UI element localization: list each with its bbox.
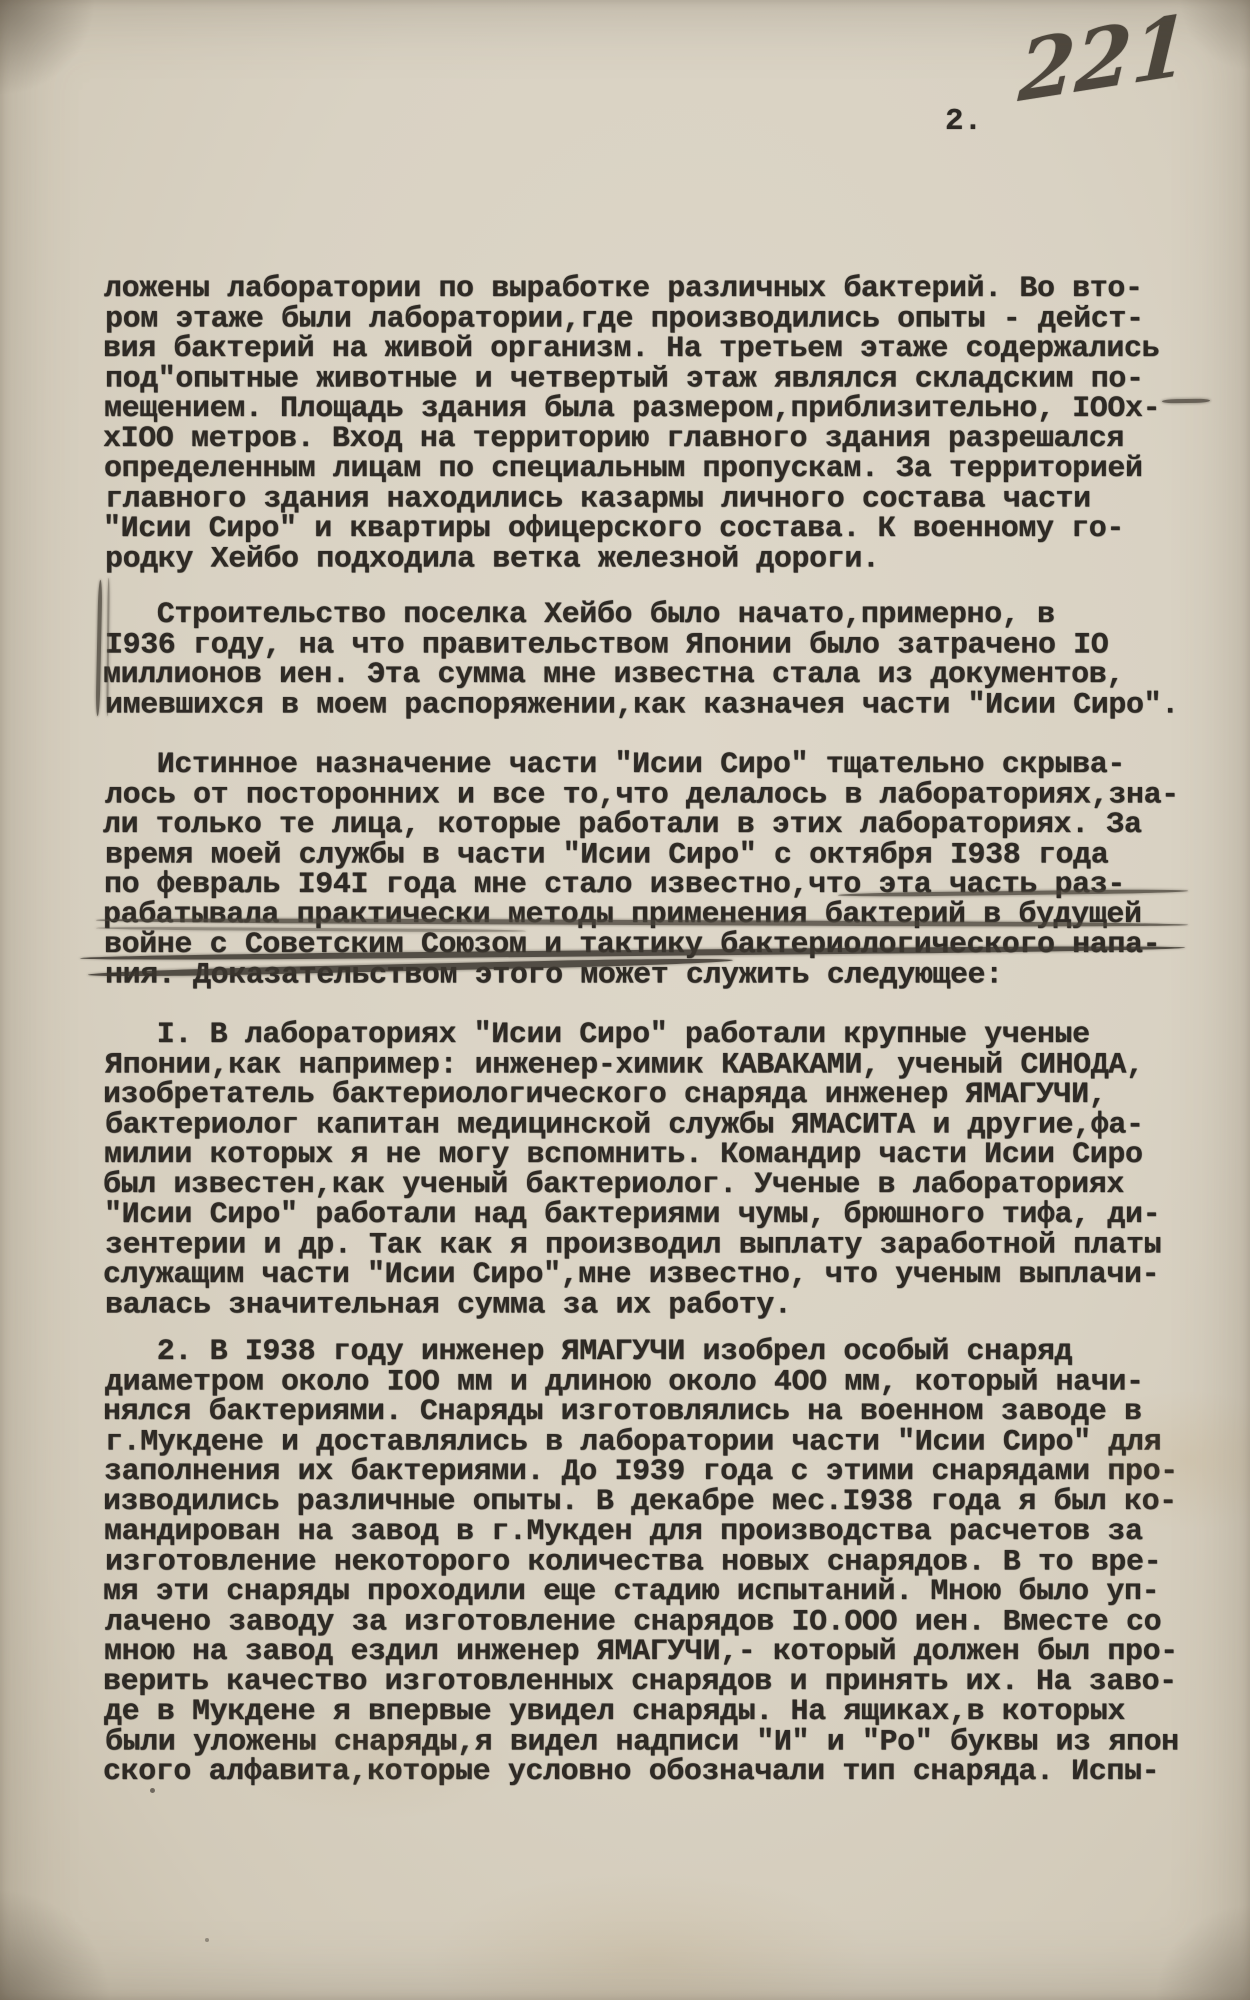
handwritten-page-number: 221 [1017, 4, 1190, 114]
ink-speck [205, 1938, 209, 1942]
text-line: 2. В I938 году инженер ЯМАГУЧИ изобрел о… [104, 1337, 1178, 1367]
text-line: мандирован на завод в г.Мукден для произ… [104, 1517, 1178, 1547]
text-line: Истинное назначение части "Исии Сиро" тщ… [104, 750, 1178, 780]
text-line: мною на завод ездил инженер ЯМАГУЧИ,- ко… [104, 1637, 1178, 1667]
pencil-margin-mark-outer [96, 580, 103, 716]
text-line: зентерии и др. Так как я производил выпл… [105, 1230, 1161, 1260]
text-line: служащим части "Исии Сиро",мне известно,… [103, 1260, 1159, 1290]
text-line: лачено заводу за изготовление снарядов I… [105, 1607, 1179, 1637]
text-line: диаметром около IOO мм и длиною около 4O… [105, 1367, 1179, 1397]
text-line: время моей службы в части "Исии Сиро" с … [105, 840, 1179, 870]
text-line: по февраль I94I года мне стало известно,… [104, 870, 1178, 900]
text-line: мещением. Площадь здания была размером,п… [104, 394, 1160, 424]
text-line: верить качество изготовленных снарядов и… [103, 1667, 1177, 1697]
text-line: I936 году, на что правительством Японии … [105, 630, 1179, 660]
text-line: имевшихся в моем распоряжении,как казнач… [105, 690, 1179, 720]
text-line: Японии,как например: инженер-химик КАВАК… [105, 1050, 1161, 1080]
text-line: бактериолог капитан медицинской службы Я… [105, 1110, 1161, 1140]
text-line: миллионов иен. Эта сумма мне известна ст… [103, 660, 1177, 690]
text-line: нялся бактериями. Снаряды изготовлялись … [103, 1397, 1177, 1427]
text-line: валась значительная сумма за их работу. [105, 1290, 1161, 1320]
text-line: милии которых я не могу вспомнить. Коман… [104, 1140, 1160, 1170]
text-line: главного здания находились казармы лично… [105, 484, 1161, 514]
text-line: ложены лаборатории по выработке различны… [104, 274, 1160, 304]
paragraph-1: ложены лаборатории по выработке различны… [104, 274, 1160, 574]
text-line: г.Мукдене и доставлялись в лаборатории ч… [105, 1427, 1179, 1457]
text-line: лось от посторонних и все то,что делалос… [105, 780, 1179, 810]
text-line: хIOO метров. Вход на территорию главного… [103, 424, 1159, 454]
text-line: ром этаже были лаборатории,где производи… [105, 304, 1161, 334]
text-line: I. В лабораториях "Исии Сиро" работали к… [104, 1020, 1160, 1050]
text-line: Строительство поселка Хейбо было начато,… [104, 600, 1178, 630]
text-line: родку Хейбо подходила ветка железной дор… [105, 544, 1161, 574]
text-line: был известен,как ученый бактериолог. Уче… [103, 1170, 1159, 1200]
paragraph-2: Строительство поселка Хейбо было начато,… [104, 600, 1178, 720]
pencil-dash-right-margin [1162, 399, 1210, 404]
text-line: ского алфавита,которые условно обозначал… [103, 1757, 1177, 1787]
text-line: изводились различные опыты. В декабре ме… [103, 1487, 1177, 1517]
text-line: мя эти снаряды проходили еще стадию испы… [103, 1577, 1177, 1607]
document-page: 221 2. ложены лаборатории по выработке р… [0, 0, 1250, 2000]
text-line: де в Мукдене я впервые увидел снаряды. Н… [104, 1697, 1178, 1727]
paragraph-4: I. В лабораториях "Исии Сиро" работали к… [104, 1020, 1160, 1320]
text-line: изготовление некоторого количества новых… [105, 1547, 1179, 1577]
typed-page-number: 2. [945, 104, 982, 139]
text-line: "Исии Сиро" работали над бактериями чумы… [104, 1200, 1160, 1230]
text-line: заполнения их бактериями. До I939 года с… [104, 1457, 1178, 1487]
ink-speck [150, 1788, 155, 1793]
text-line: изобретатель бактериологического снаряда… [103, 1080, 1159, 1110]
text-line: были уложены снаряды,я видел надписи "И"… [105, 1727, 1179, 1757]
text-line: вия бактерий на живой организм. На треть… [103, 334, 1159, 364]
text-line: определенным лицам по специальным пропус… [104, 454, 1160, 484]
text-line: под"опытные животные и четвертый этаж яв… [105, 364, 1161, 394]
text-line: "Исии Сиро" и квартиры офицерского соста… [103, 514, 1159, 544]
paragraph-5: 2. В I938 году инженер ЯМАГУЧИ изобрел о… [104, 1337, 1178, 1787]
text-line: ли только те лица, которые работали в эт… [103, 810, 1177, 840]
